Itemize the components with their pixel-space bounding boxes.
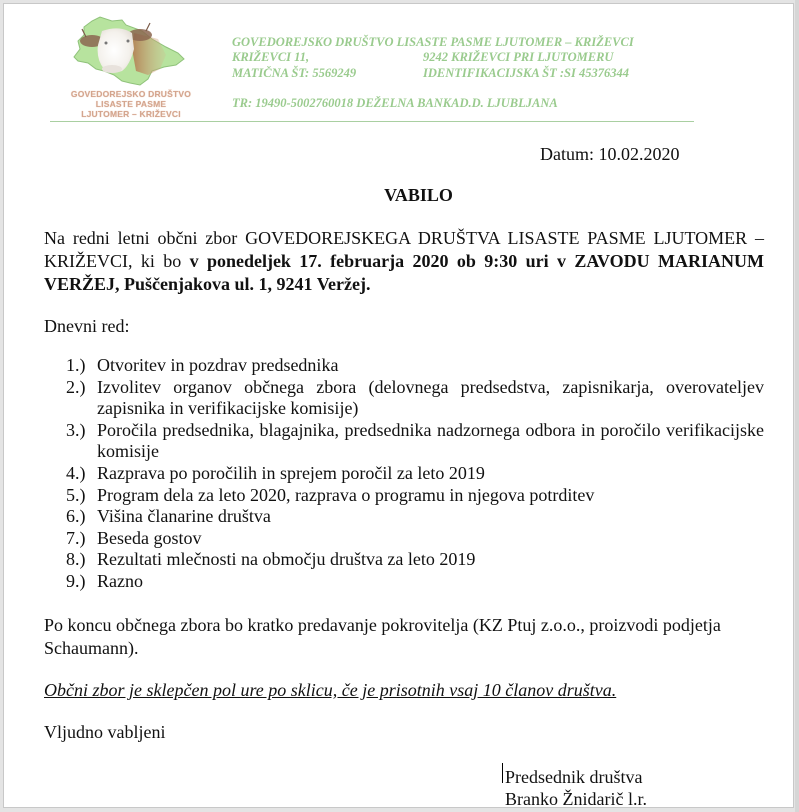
- scrollbar[interactable]: [795, 0, 799, 812]
- cow-map-logo-icon: [56, 9, 206, 91]
- agenda-item-text: Otvoritev in pozdrav predsednika: [97, 355, 338, 375]
- agenda-item-text: Razno: [97, 571, 143, 591]
- address-line: KRIŽEVCI 11, 9242 KRIŽEVCI PRI LJUTOMERU: [232, 50, 309, 65]
- agenda-item-number: 2.): [66, 377, 86, 399]
- regards: Vljudno vabljeni: [44, 722, 165, 743]
- agenda-item: 4.)Razprava po poročilih in sprejem poro…: [44, 463, 764, 485]
- agenda-item-text: Razprava po poročilih in sprejem poročil…: [97, 463, 485, 483]
- signer-role: Predsednik društva: [505, 766, 647, 788]
- association-logo: GOVEDOREJSKO DRUŠTVO LISASTE PASME LJUTO…: [56, 9, 206, 119]
- closing-paragraph: Po koncu občnega zbora bo kratko predava…: [44, 614, 764, 660]
- text-cursor: [502, 763, 503, 783]
- document-page: GOVEDOREJSKO DRUŠTVO LISASTE PASME LJUTO…: [3, 3, 794, 808]
- signer-name: Branko Žnidarič l.r.: [505, 788, 647, 810]
- agenda-item-number: 9.): [66, 571, 86, 593]
- agenda-label: Dnevni red:: [44, 316, 129, 337]
- agenda-item-text: Poročila predsednika, blagajnika, predse…: [97, 420, 764, 462]
- agenda-item-text: Rezultati mlečnosti na območju društva z…: [97, 549, 475, 569]
- agenda-item: 3.)Poročila predsednika, blagajnika, pre…: [44, 420, 764, 463]
- invitation-paragraph: Na redni letni občni zbor GOVEDOREJSKEGA…: [44, 227, 764, 296]
- agenda-item: 8.)Rezultati mlečnosti na območju društv…: [44, 549, 764, 571]
- signature-block: Predsednik društva Branko Žnidarič l.r.: [505, 766, 647, 810]
- agenda-item-number: 3.): [66, 420, 86, 442]
- letterhead-divider: [50, 121, 694, 122]
- logo-caption-line: LJUTOMER – KRIŽEVCI: [56, 109, 206, 119]
- registration-number: MATIČNA ŠT: 5569249: [232, 66, 356, 80]
- logo-caption-line: GOVEDOREJSKO DRUŠTVO: [56, 89, 206, 99]
- org-name: GOVEDOREJSKO DRUŠTVO LISASTE PASME LJUTO…: [232, 35, 634, 50]
- agenda-item: 6.)Višina članarine društva: [44, 506, 764, 528]
- quorum-notice: Občni zbor je sklepčen pol ure po sklicu…: [44, 680, 616, 701]
- agenda-item-number: 8.): [66, 549, 86, 571]
- registration-line: MATIČNA ŠT: 5569249 IDENTIFIKACIJSKA ŠT …: [232, 66, 356, 81]
- logo-caption-line: LISASTE PASME: [56, 99, 206, 109]
- agenda-item-number: 7.): [66, 528, 86, 550]
- street-address: KRIŽEVCI 11,: [232, 50, 309, 64]
- agenda-item: 7.)Beseda gostov: [44, 528, 764, 550]
- agenda-item: 1.)Otvoritev in pozdrav predsednika: [44, 355, 764, 377]
- meeting-address: Puščenjakova ul. 1, 9241 Veržej.: [120, 274, 371, 294]
- agenda-list: 1.)Otvoritev in pozdrav predsednika2.)Iz…: [44, 355, 764, 593]
- logo-caption: GOVEDOREJSKO DRUŠTVO LISASTE PASME LJUTO…: [56, 89, 206, 119]
- agenda-item: 5.)Program dela za leto 2020, razprava o…: [44, 485, 764, 507]
- agenda-item-number: 1.): [66, 355, 86, 377]
- agenda-item-text: Višina članarine društva: [97, 506, 271, 526]
- agenda-item-number: 6.): [66, 506, 86, 528]
- agenda-item-number: 4.): [66, 463, 86, 485]
- agenda-item-text: Beseda gostov: [97, 528, 201, 548]
- agenda-item: 2.)Izvolitev organov občnega zbora (delo…: [44, 377, 764, 420]
- document-title: VABILO: [4, 185, 799, 206]
- document-date: Datum: 10.02.2020: [540, 144, 680, 165]
- agenda-item-text: Izvolitev organov občnega zbora (delovne…: [97, 377, 764, 419]
- agenda-item-text: Program dela za leto 2020, razprava o pr…: [97, 485, 594, 505]
- bank-account: TR: 19490-5002760018 DEŽELNA BANKAD.D. L…: [232, 96, 558, 111]
- tax-id: IDENTIFIKACIJSKA ŠT :SI 45376344: [423, 66, 629, 81]
- postal-address: 9242 KRIŽEVCI PRI LJUTOMERU: [423, 50, 613, 65]
- agenda-item-number: 5.): [66, 485, 86, 507]
- agenda-item: 9.) Razno: [44, 571, 764, 593]
